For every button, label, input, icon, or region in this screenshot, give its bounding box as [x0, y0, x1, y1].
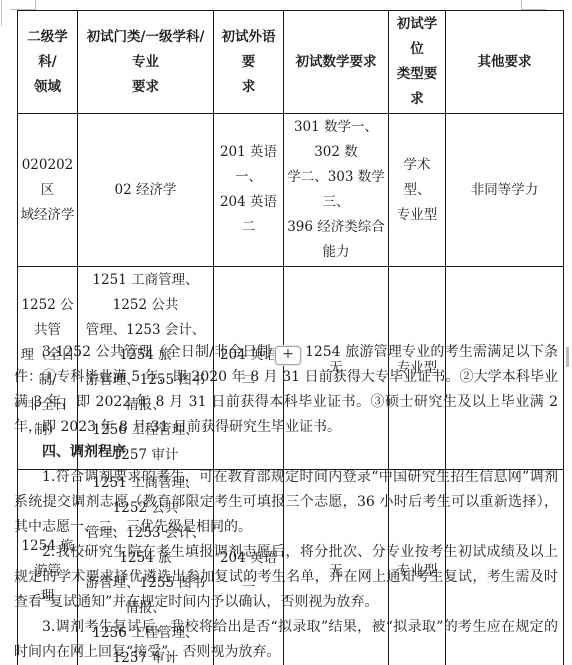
cell-math: 301 数学一、302 数 学二、303 数学三、 396 经济类综合能力	[284, 114, 389, 267]
cell-other: 非同等学力	[446, 114, 564, 267]
table-row: 020202 区 域经济学 02 经济学 201 英语一、 204 英语二 30…	[18, 114, 564, 267]
procedure-step-1: 1.符合调剂要求的考生，可在教育部规定时间内登录“中国研究生招生信息网”调剂系统…	[14, 465, 558, 540]
header-foreign-language: 初试外语要 求	[214, 11, 284, 114]
header-math: 初试数学要求	[284, 11, 389, 114]
cell-degree-type: 学术型、 专业型	[389, 114, 446, 267]
cell-foreign-language: 201 英语一、 204 英语二	[214, 114, 284, 267]
page-corner-mark-top-left	[10, 0, 36, 10]
procedure-step-3: 3.调剂考生复试后，我校将给出是否“拟录取”结果，被“拟录取”的考生应在规定的时…	[14, 615, 558, 665]
header-other: 其他要求	[446, 11, 564, 114]
page-corner-mark-top-right	[521, 0, 546, 10]
document-page: 二级学科/ 领域 初试门类/一级学科/专业 要求 初试外语要 求 初试数学要求 …	[0, 0, 572, 665]
expand-plus-button[interactable]: +	[275, 346, 301, 365]
cell-exam-category: 02 经济学	[78, 114, 214, 267]
table-header-row: 二级学科/ 领域 初试门类/一级学科/专业 要求 初试外语要 求 初试数学要求 …	[18, 11, 564, 114]
section-heading: 四、调剂程序	[14, 440, 558, 465]
document-body-text: 3.1252 公共管理（全日制/非全日制+1254 旅游管理专业的考生需满足以下…	[14, 340, 558, 665]
cell-discipline: 020202 区 域经济学	[18, 114, 78, 267]
note-text-before: 3.1252 公共管理（全日制/非全日制	[42, 344, 271, 360]
header-exam-category: 初试门类/一级学科/专业 要求	[78, 11, 214, 114]
scrollbar-fragment	[566, 347, 569, 367]
procedure-step-2: 2.我校研究生院在考生填报调剂志愿后，将分批次、分专业按考生初试成绩及以上规定的…	[14, 540, 558, 615]
header-discipline: 二级学科/ 领域	[18, 11, 78, 114]
header-degree-type: 初试学位 类型要求	[389, 11, 446, 114]
page-margin-mark-left	[1, 0, 2, 26]
note-paragraph: 3.1252 公共管理（全日制/非全日制+1254 旅游管理专业的考生需满足以下…	[14, 340, 558, 440]
